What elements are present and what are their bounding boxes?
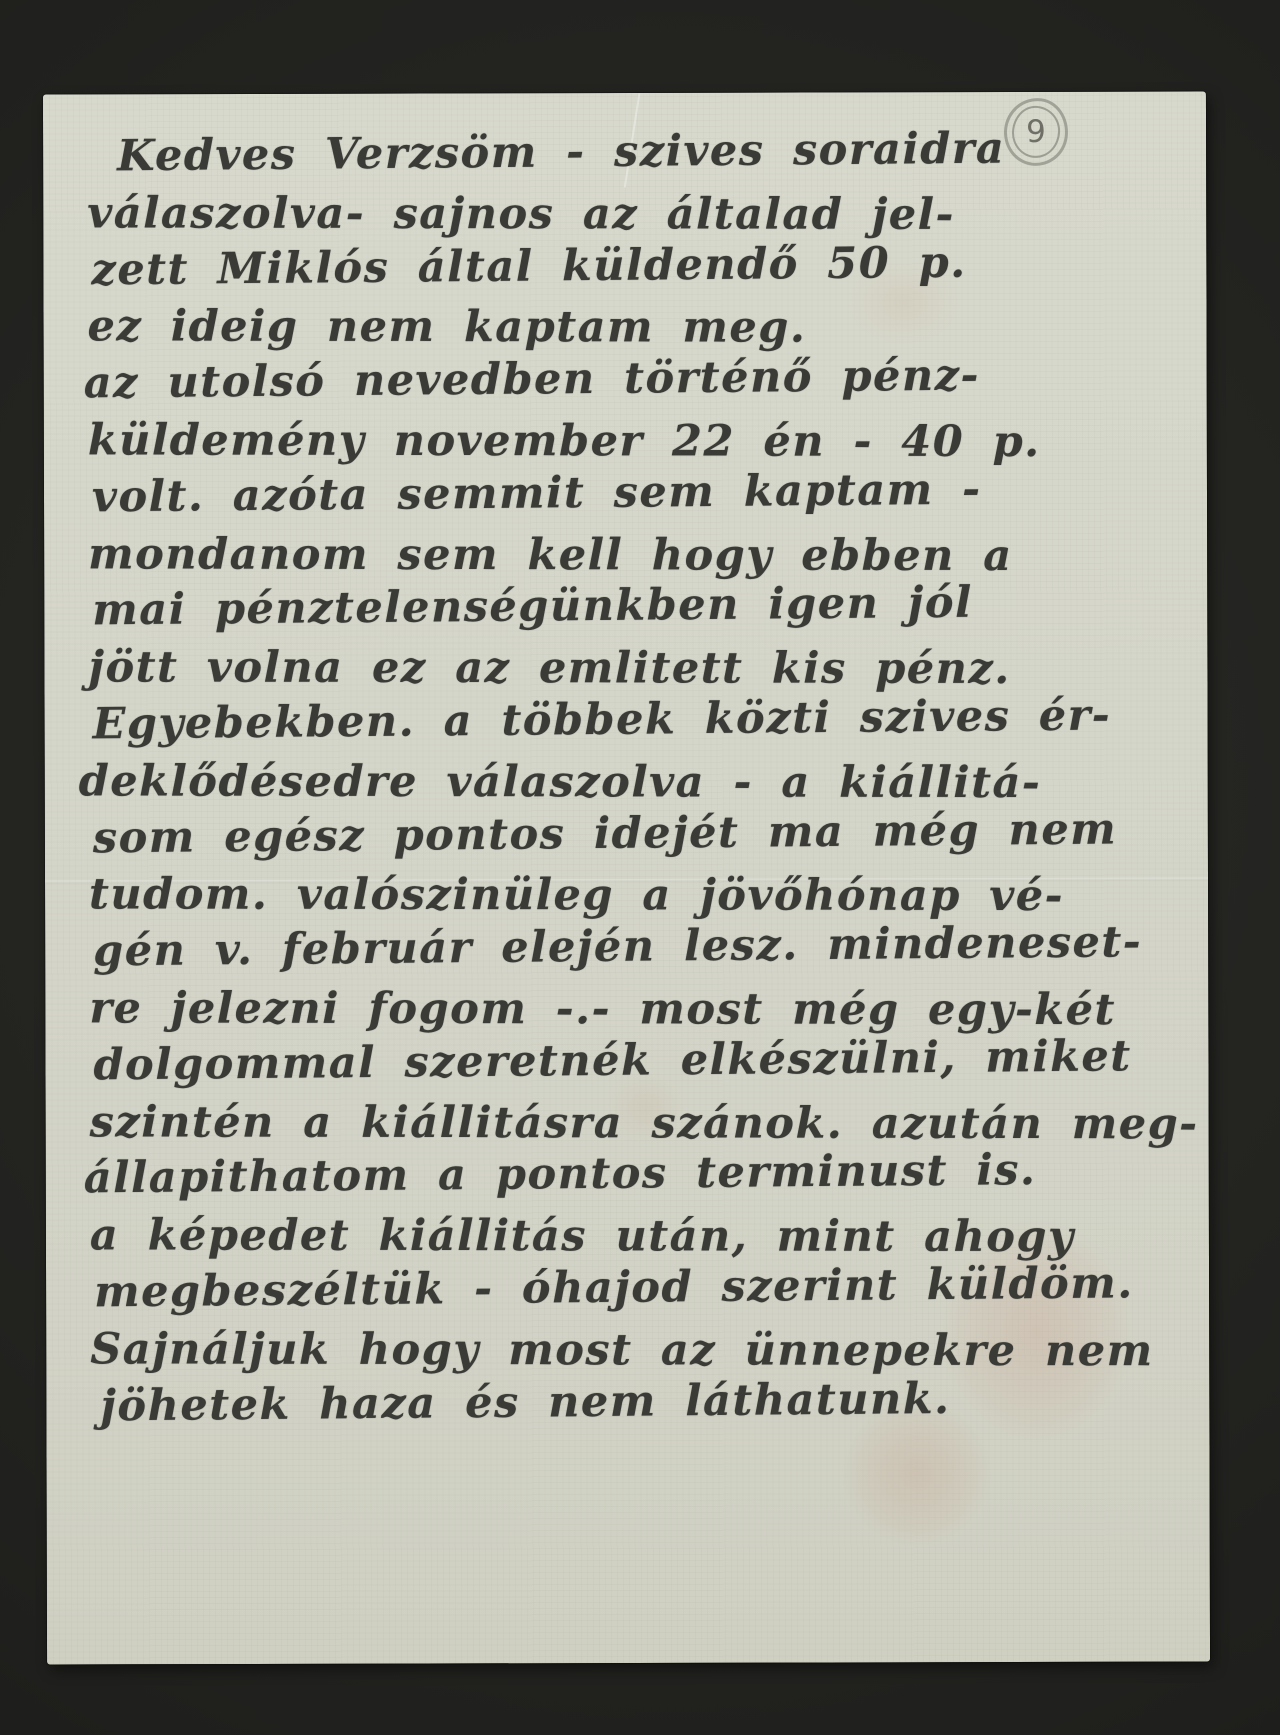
handwriting-line: jöhetek haza és nem láthatunk. <box>100 1368 1201 1434</box>
handwriting-line: volt. azóta semmit sem kaptam - <box>92 460 1199 526</box>
handwriting-line: az utolsó nevedben történő pénz- <box>83 346 1198 413</box>
handwriting-line: dolgommal szeretnék elkészülni, miket <box>93 1027 1200 1093</box>
handwriting-line: Kedves Verzsöm - szives soraidra <box>117 119 1198 185</box>
handwriting-line: som egész pontos idejét ma még nem <box>93 800 1200 866</box>
handwriting-line: gén v. február elején lesz. mindeneset- <box>93 914 1200 980</box>
letter-body: Kedves Verzsöm - szives soraidra válaszo… <box>91 126 1201 1435</box>
handwriting-line: zett Miklós által küldendő 50 p. <box>91 232 1198 298</box>
handwriting-line: állapithatom a pontos terminust is. <box>84 1141 1201 1208</box>
scan-background: 9 Kedves Verzsöm - szives soraidra válas… <box>0 0 1280 1735</box>
handwriting-line: megbeszéltük - óhajod szerint küldöm. <box>94 1255 1201 1321</box>
handwriting-line: Egyebekben. a többek közti szives ér- <box>92 687 1199 753</box>
letter-page: 9 Kedves Verzsöm - szives soraidra válas… <box>43 91 1210 1664</box>
handwriting-line: mai pénztelenségünkben igen jól <box>92 573 1199 639</box>
